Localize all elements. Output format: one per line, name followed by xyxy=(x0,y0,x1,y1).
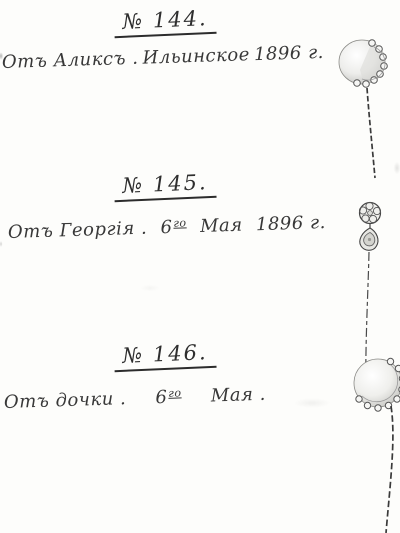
pin-stem xyxy=(386,406,393,533)
entry-144-place: Ильинское xyxy=(142,44,250,68)
pin-illustration-145 xyxy=(340,196,400,396)
entry-144-from: Отъ Аликсъ . xyxy=(2,48,139,73)
entry-146-line: Отъ дочки . 6 го Мая . xyxy=(4,384,267,413)
entry-144-year: 1896 г. xyxy=(254,42,324,65)
entry-145-from: Отъ Георгія . xyxy=(8,218,148,243)
entry-144-line: Отъ Аликсъ . Ильинское 1896 г. xyxy=(2,42,325,73)
entry-145-number: № 145. xyxy=(99,169,230,203)
beaded-rim xyxy=(356,358,400,411)
entry-145-day: 6 го xyxy=(160,216,187,238)
entry-144-number: № 144. xyxy=(99,5,230,39)
entry-145-year: 1896 г. xyxy=(256,212,326,235)
pin-stem xyxy=(367,88,375,178)
entry-146-day-suffix: го xyxy=(168,386,182,399)
pearl-head xyxy=(339,40,386,84)
entry-146-from: Отъ дочки . xyxy=(4,388,127,413)
pearl-head xyxy=(354,359,400,407)
entry-146-day-num: 6 xyxy=(155,387,168,408)
entry-145-number-text: № 145. xyxy=(114,170,216,202)
pin-illustration-144 xyxy=(330,26,400,191)
entry-145-day-suffix: го xyxy=(173,216,187,229)
entry-145-day-num: 6 xyxy=(160,217,173,238)
entry-144-number-text: № 144. xyxy=(114,6,216,38)
drop-pendant xyxy=(360,228,378,250)
rosette-head xyxy=(359,202,380,223)
pin-stem xyxy=(366,252,369,394)
catalog-page: № 144. Отъ Аликсъ . Ильинское 1896 г. № … xyxy=(0,0,400,533)
entry-146-month: Мая . xyxy=(211,384,267,407)
entry-145-month: Мая xyxy=(200,215,243,237)
entry-146-day: 6 го xyxy=(155,386,182,408)
entry-145-line: Отъ Георгія . 6 го Мая 1896 г. xyxy=(8,212,327,243)
entry-146-number-text: № 146. xyxy=(114,340,216,372)
entry-146-number: № 146. xyxy=(99,339,230,373)
pin-illustration-146 xyxy=(345,330,400,533)
jeweled-band xyxy=(354,40,388,88)
